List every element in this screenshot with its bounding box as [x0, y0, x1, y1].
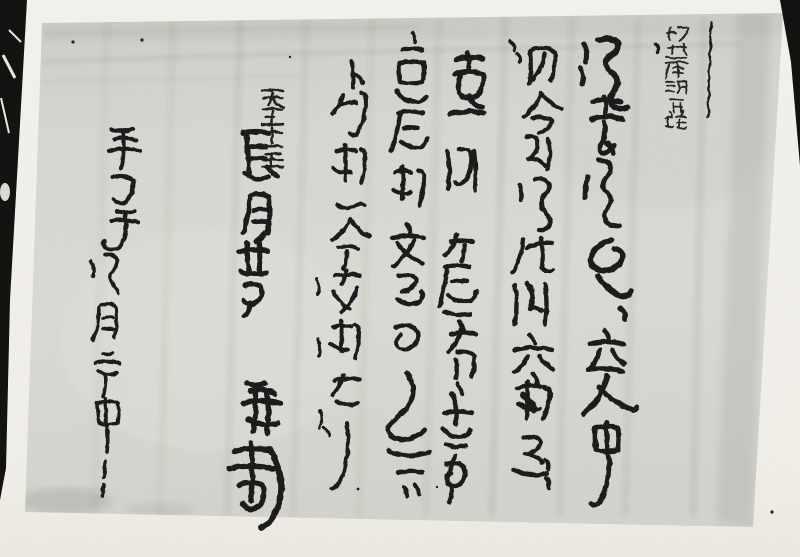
photo-svg: 坊兵庫頭真蹟 □□開ヽ□□る、立入申□ — [0, 0, 800, 557]
grain-overlay — [0, 0, 800, 557]
photo-frame: 坊兵庫頭真蹟 □□開ヽ□□る、立入申□ — [0, 0, 800, 557]
